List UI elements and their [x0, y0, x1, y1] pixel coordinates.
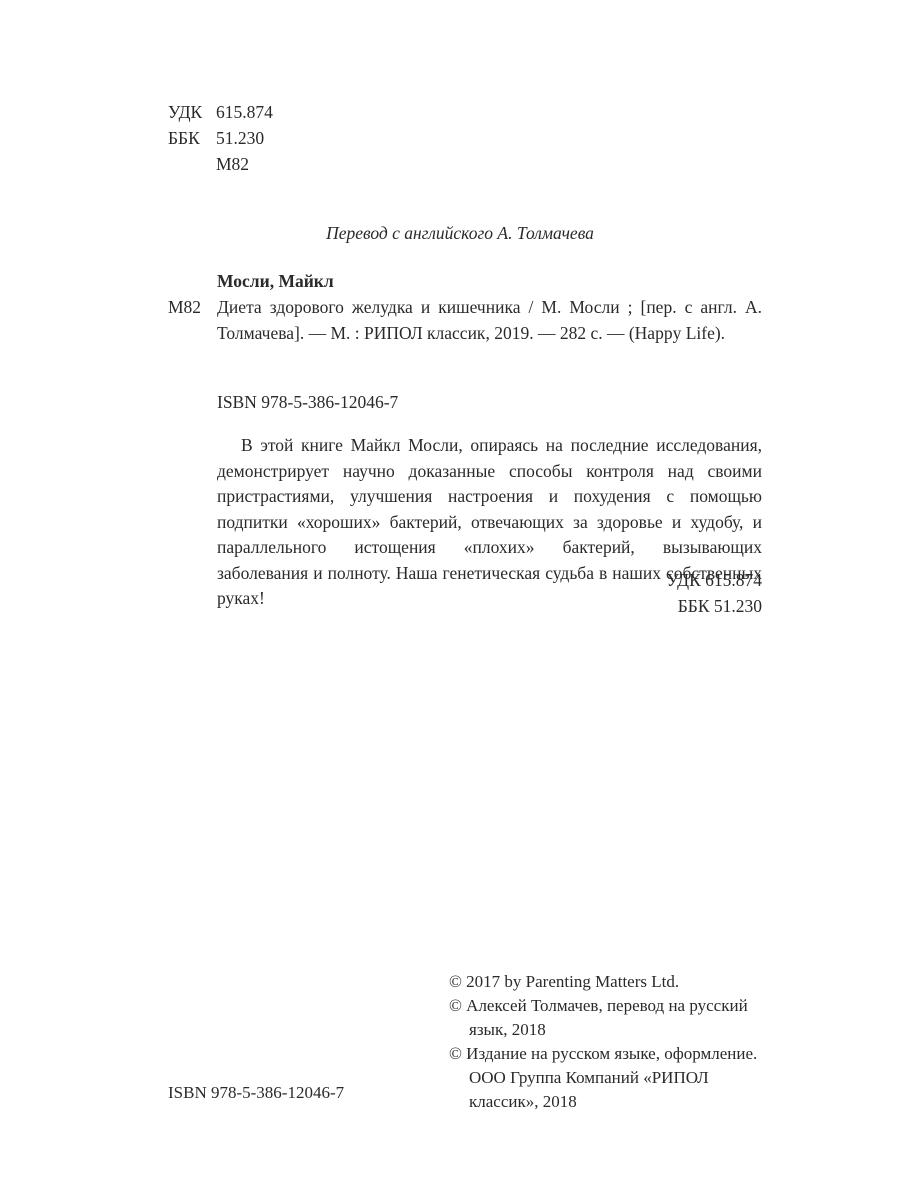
isbn-bottom: ISBN 978-5-386-12046-7: [168, 1081, 344, 1105]
copyright-translation: © Алексей Толмачев, перевод на русский я…: [449, 994, 769, 1042]
bibliographic-entry: М82 Диета здорового желудка и кишечника …: [168, 294, 762, 346]
udk-label: УДК: [168, 99, 216, 125]
cutter-code: М82: [216, 151, 249, 177]
udk-value: 615.874: [216, 99, 273, 125]
copyright-block: © 2017 by Parenting Matters Ltd. © Алекс…: [449, 970, 769, 1114]
bibliographic-description: Диета здорового желудка и кишечника / М.…: [217, 294, 762, 346]
copyright-original: © 2017 by Parenting Matters Ltd.: [449, 970, 769, 994]
isbn-main: ISBN 978-5-386-12046-7: [217, 389, 398, 415]
bbk-label: ББК: [168, 125, 216, 151]
copyright-edition: © Издание на русском языке, оформление. …: [449, 1042, 769, 1114]
classification-codes: УДК 615.874 ББК 51.230 М82: [168, 99, 273, 177]
annotation-udk: УДК 615.874: [217, 567, 762, 593]
translation-note: Перевод с английского А. Толмачева: [0, 220, 900, 246]
annotation-codes: УДК 615.874 ББК 51.230: [217, 567, 762, 619]
annotation-bbk: ББК 51.230: [217, 593, 762, 619]
entry-cutter-code: М82: [168, 294, 217, 346]
author-name: Мосли, Майкл: [217, 268, 762, 294]
cutter-row: М82: [168, 151, 273, 177]
bibliographic-record: Мосли, Майкл М82 Диета здорового желудка…: [168, 268, 762, 346]
bbk-value: 51.230: [216, 125, 264, 151]
bbk-row: ББК 51.230: [168, 125, 273, 151]
udk-row: УДК 615.874: [168, 99, 273, 125]
